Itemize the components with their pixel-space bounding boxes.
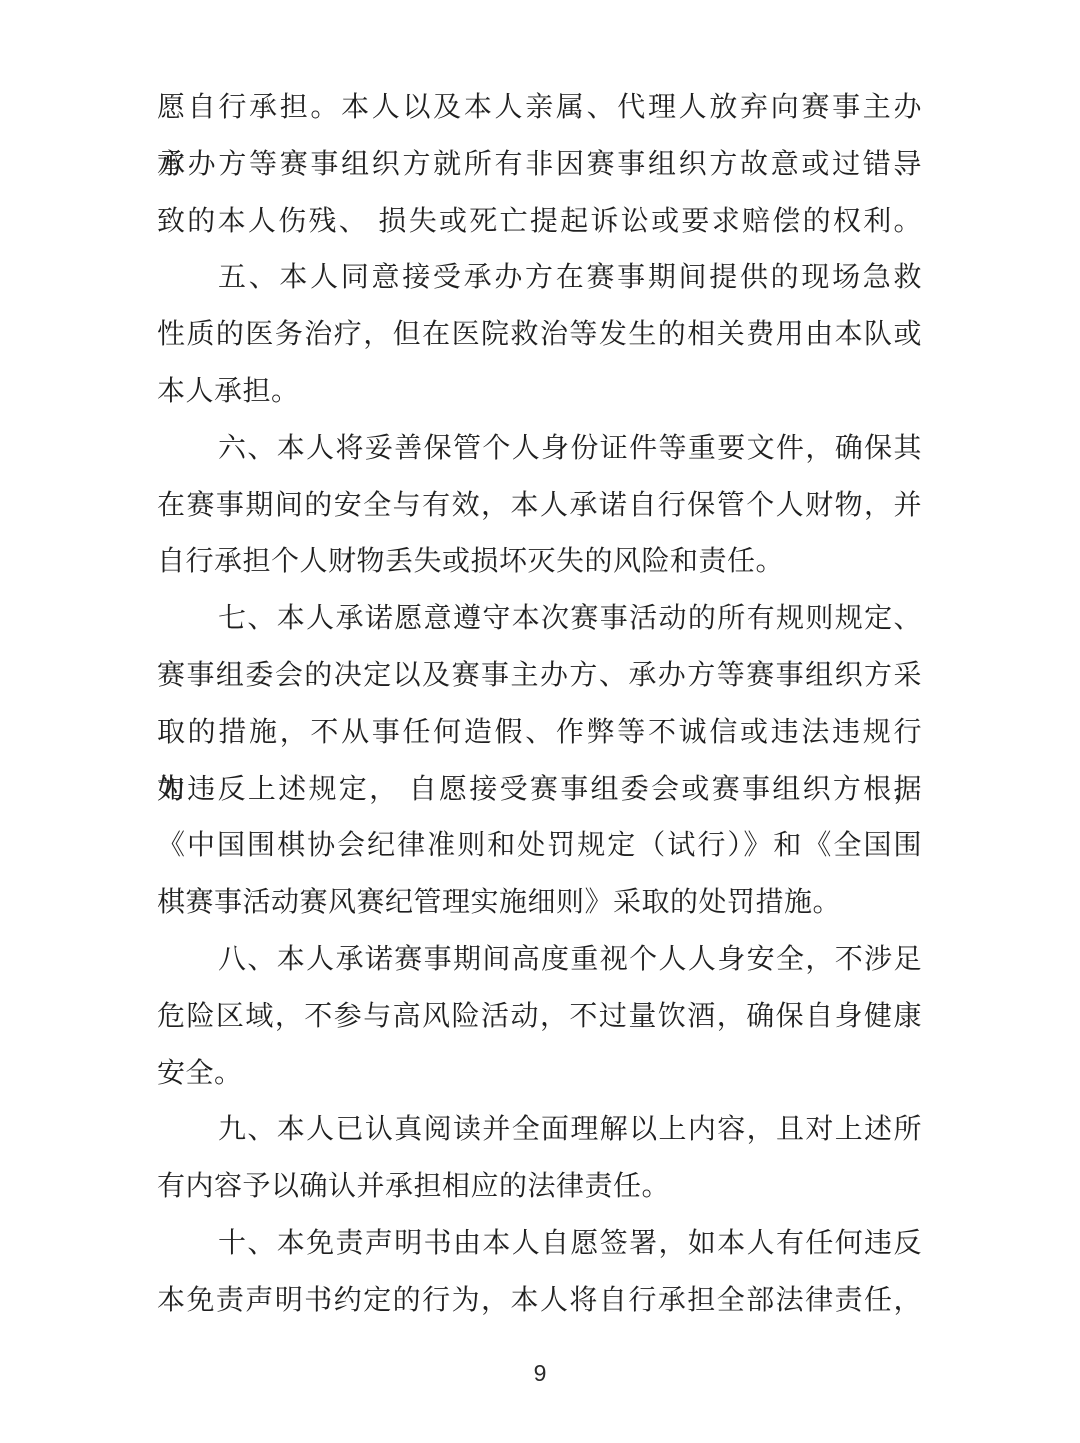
text-line-p1-l3: 致的本人伤残、 损失或死亡提起诉讼或要求赔偿的权利。 — [157, 194, 922, 251]
text-line-p4-l4: 如违反上述规定， 自愿接受赛事组委会或赛事组织方根据 — [157, 762, 922, 819]
text-line-p1-l2: 承办方等赛事组织方就所有非因赛事组织方故意或过错导 — [157, 137, 922, 194]
text-line-p5-l1: 八、本人承诺赛事期间高度重视个人人身安全，不涉足 — [157, 932, 922, 989]
text-line-p7-l2: 本免责声明书约定的行为，本人将自行承担全部法律责任， — [157, 1273, 922, 1330]
text-line-p2-l3: 本人承担。 — [157, 364, 922, 421]
text-line-p5-l2: 危险区域，不参与高风险活动，不过量饮酒，确保自身健康 — [157, 989, 922, 1046]
text-line-p1-l1: 愿自行承担。本人以及本人亲属、代理人放弃向赛事主办方、 — [157, 80, 922, 137]
text-line-p4-l2: 赛事组委会的决定以及赛事主办方、承办方等赛事组织方采 — [157, 648, 922, 705]
text-line-p2-l2: 性质的医务治疗，但在医院救治等发生的相关费用由本队或 — [157, 307, 922, 364]
text-line-p4-l6: 棋赛事活动赛风赛纪管理实施细则》采取的处罚措施。 — [157, 875, 922, 932]
text-line-p6-l2: 有内容予以确认并承担相应的法律责任。 — [157, 1159, 922, 1216]
text-line-p5-l3: 安全。 — [157, 1046, 922, 1103]
document-body: 愿自行承担。本人以及本人亲属、代理人放弃向赛事主办方、承办方等赛事组织方就所有非… — [157, 80, 922, 1330]
text-line-p4-l1: 七、本人承诺愿意遵守本次赛事活动的所有规则规定、 — [157, 591, 922, 648]
document-page: 愿自行承担。本人以及本人亲属、代理人放弃向赛事主办方、承办方等赛事组织方就所有非… — [0, 0, 1080, 1443]
text-line-p4-l3: 取的措施，不从事任何造假、作弊等不诚信或违法违规行为， — [157, 705, 922, 762]
page-number: 9 — [0, 1360, 1080, 1387]
text-line-p7-l1: 十、本免责声明书由本人自愿签署，如本人有任何违反 — [157, 1216, 922, 1273]
text-line-p3-l1: 六、本人将妥善保管个人身份证件等重要文件，确保其 — [157, 421, 922, 478]
text-line-p4-l5: 《中国围棋协会纪律准则和处罚规定（试行）》和《全国围 — [157, 818, 922, 875]
text-line-p3-l2: 在赛事期间的安全与有效，本人承诺自行保管个人财物，并 — [157, 478, 922, 535]
text-line-p2-l1: 五、本人同意接受承办方在赛事期间提供的现场急救 — [157, 250, 922, 307]
text-line-p3-l3: 自行承担个人财物丢失或损坏灭失的风险和责任。 — [157, 534, 922, 591]
text-line-p6-l1: 九、本人已认真阅读并全面理解以上内容，且对上述所 — [157, 1102, 922, 1159]
